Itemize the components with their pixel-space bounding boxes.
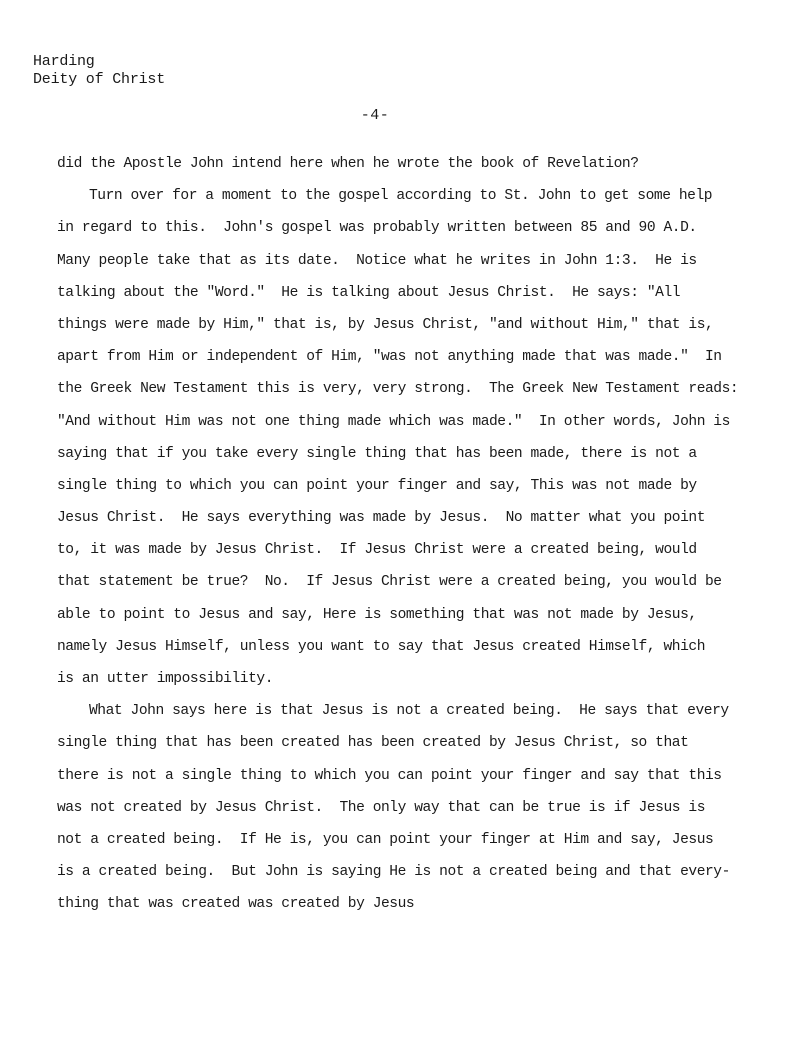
body-text-line: namely Jesus Himself, unless you want to… <box>57 638 757 670</box>
body-text-line: there is not a single thing to which you… <box>57 767 757 799</box>
body-text-line: saying that if you take every single thi… <box>57 445 757 477</box>
document-header: Harding Deity of Christ <box>33 53 165 89</box>
document-page: Harding Deity of Christ -4- did the Apos… <box>0 0 800 1050</box>
body-text-line: able to point to Jesus and say, Here is … <box>57 606 757 638</box>
body-text-line: Turn over for a moment to the gospel acc… <box>57 187 757 219</box>
body-text-line: the Greek New Testament this is very, ve… <box>57 380 757 412</box>
body-text-line: not a created being. If He is, you can p… <box>57 831 757 863</box>
body-text-line: apart from Him or independent of Him, "w… <box>57 348 757 380</box>
body-text-line: that statement be true? No. If Jesus Chr… <box>57 573 757 605</box>
body-text-line: in regard to this. John's gospel was pro… <box>57 219 757 251</box>
body-text-line: talking about the "Word." He is talking … <box>57 284 757 316</box>
body-text-line: thing that was created was created by Je… <box>57 895 757 927</box>
document-body: did the Apostle John intend here when he… <box>57 155 757 928</box>
body-text-line: single thing to which you can point your… <box>57 477 757 509</box>
body-text-line: to, it was made by Jesus Christ. If Jesu… <box>57 541 757 573</box>
body-text-line: is a created being. But John is saying H… <box>57 863 757 895</box>
author-name: Harding <box>33 53 165 71</box>
body-text-line: Many people take that as its date. Notic… <box>57 252 757 284</box>
body-text-line: What John says here is that Jesus is not… <box>57 702 757 734</box>
body-text-line: single thing that has been created has b… <box>57 734 757 766</box>
body-text-line: "And without Him was not one thing made … <box>57 413 757 445</box>
document-title: Deity of Christ <box>33 71 165 89</box>
body-text-line: things were made by Him," that is, by Je… <box>57 316 757 348</box>
body-text-line: was not created by Jesus Christ. The onl… <box>57 799 757 831</box>
body-text-line: did the Apostle John intend here when he… <box>57 155 757 187</box>
body-text-line: is an utter impossibility. <box>57 670 757 702</box>
body-text-line: Jesus Christ. He says everything was mad… <box>57 509 757 541</box>
page-number: -4- <box>0 107 750 124</box>
